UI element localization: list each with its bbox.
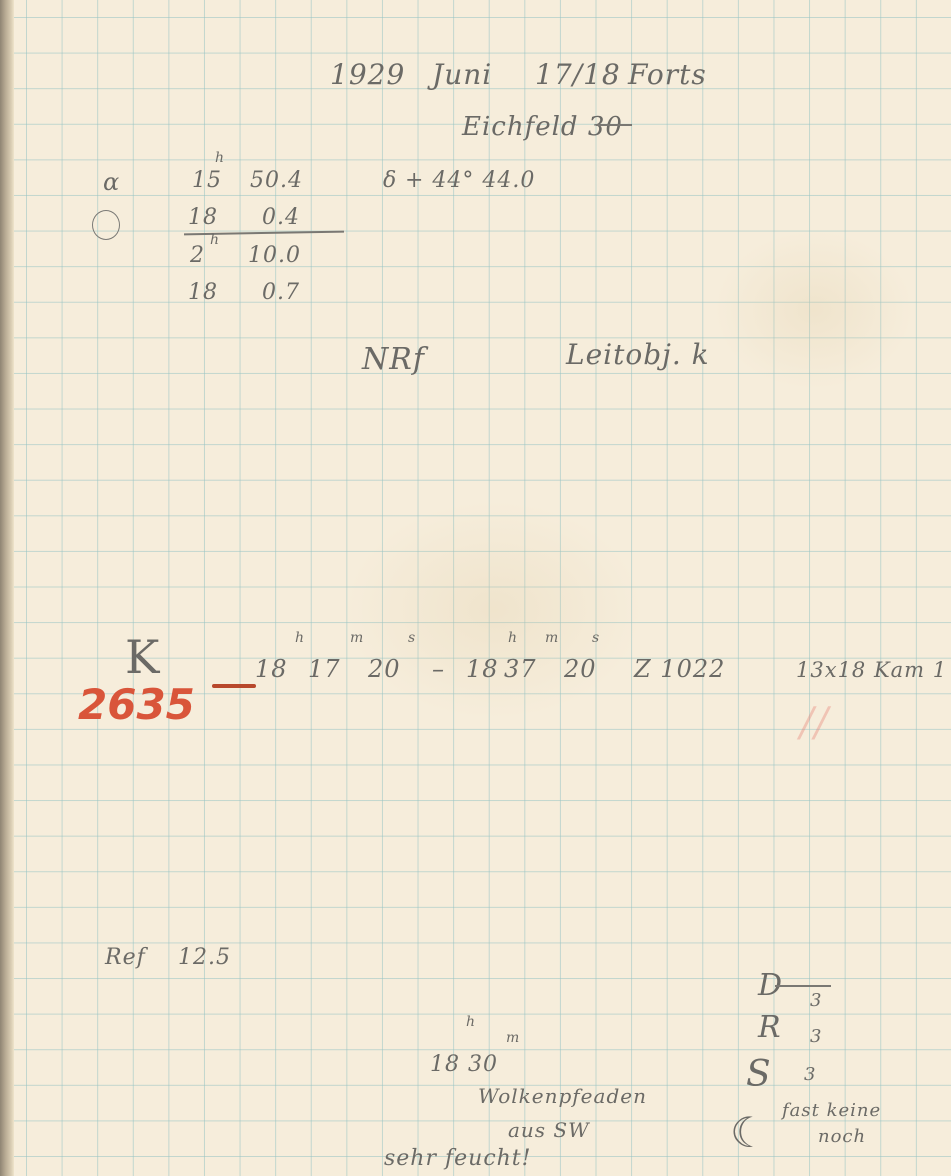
end-seconds: 20 (564, 655, 597, 683)
weather-time: 18 30 (430, 1052, 498, 1077)
start-minutes: 17 (308, 655, 341, 683)
zenith-distance: Z 1022 (634, 655, 725, 683)
condition-d-stroke (775, 985, 831, 987)
header-instrument: Eichfeld 30 (462, 112, 623, 142)
alpha-label: α (103, 168, 120, 196)
sidereal-time-symbol-icon (92, 210, 120, 240)
header-year: 1929 (330, 58, 405, 91)
start-seconds: 20 (368, 655, 401, 683)
hour-angle-unit: h (210, 232, 220, 248)
paper-stain (344, 500, 644, 720)
sidereal-value: 0.4 (262, 205, 300, 230)
faint-red-mark: // (800, 700, 829, 746)
plate-format-camera: 13x18 Kam 1 (796, 658, 947, 682)
note-guide-object: Leitobj. k (566, 338, 710, 371)
condition-r-label: R (758, 1010, 782, 1045)
plate-number-dash (212, 684, 256, 688)
condition-s-value: 3 (804, 1064, 816, 1085)
end-minutes: 37 (504, 655, 537, 683)
notebook-binding (0, 0, 14, 1176)
moon-icon: ☾ (730, 1108, 769, 1157)
weather-line-1: Wolkenpfeaden (478, 1084, 647, 1108)
plate-number: 2635 (78, 680, 195, 729)
start-second-unit: s (408, 630, 416, 646)
condition-r-value: 3 (810, 1026, 822, 1047)
note-nrf: NRf (362, 342, 425, 377)
ref-value: 12.5 (178, 945, 231, 970)
weather-line-2: aus SW (508, 1118, 590, 1142)
start-hour-unit: h (295, 630, 305, 646)
weather-minute-unit: m (506, 1030, 520, 1046)
hour-angle-value: 10.0 (248, 243, 301, 268)
end-second-unit: s (592, 630, 600, 646)
header-day: 17/18 (535, 58, 621, 91)
exposure-letter: K (125, 630, 160, 684)
time-separator: – (432, 655, 445, 683)
condition-d-value: 3 (810, 990, 822, 1011)
moon-note-1: fast keine (782, 1100, 881, 1121)
header-month: Juni (432, 58, 492, 91)
result-value: 0.7 (262, 280, 300, 305)
header-continuation: Forts (628, 58, 707, 91)
moon-note-2: noch (818, 1126, 866, 1147)
end-hours: 18 (466, 655, 499, 683)
paper-stain (714, 230, 914, 390)
condition-s-label: S (746, 1054, 772, 1095)
sidereal-hours: 18 (188, 205, 218, 230)
delta-value: + 44° 44.0 (405, 168, 535, 193)
delta-label: δ (383, 168, 397, 193)
start-minute-unit: m (350, 630, 364, 646)
end-minute-unit: m (545, 630, 559, 646)
hour-angle-hours: 2 (190, 243, 205, 268)
result-hours: 18 (188, 280, 218, 305)
alpha-hour-unit: h (215, 150, 225, 166)
alpha-hours: 15 (192, 168, 222, 193)
end-hour-unit: h (508, 630, 518, 646)
ref-label: Ref (105, 945, 146, 970)
weather-hour-unit: h (466, 1014, 476, 1030)
start-hours: 18 (255, 655, 288, 683)
instrument-dash (596, 124, 632, 126)
weather-line-3: sehr feucht! (384, 1146, 532, 1171)
alpha-value: 50.4 (250, 168, 303, 193)
